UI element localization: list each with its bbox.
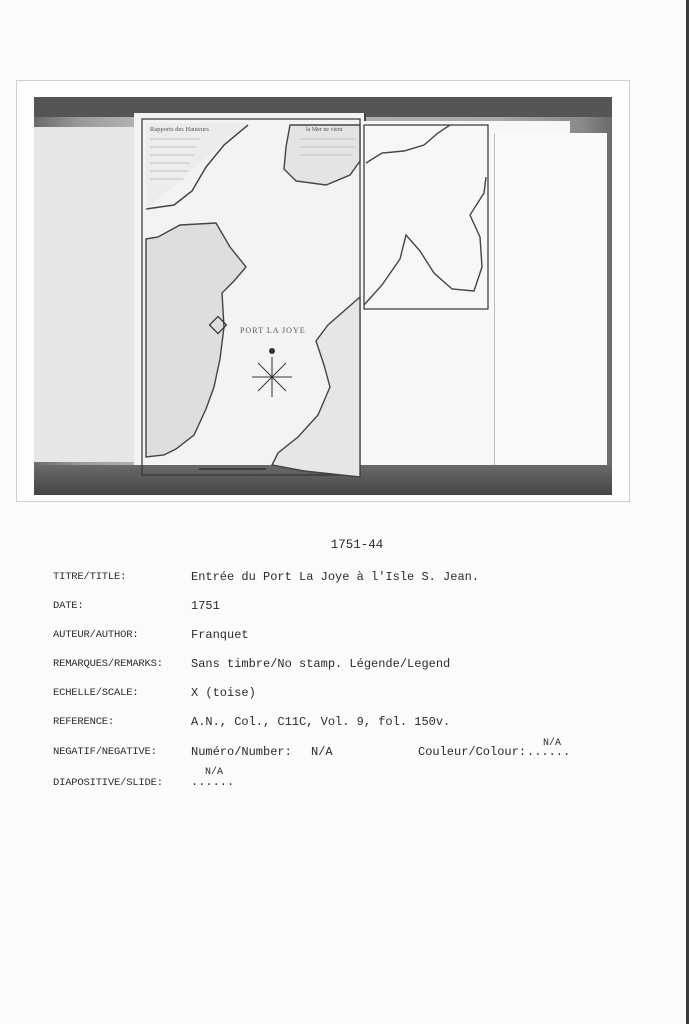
date-label: DATE: [53, 600, 84, 612]
negative-label: NEGATIF/NEGATIVE: [53, 746, 157, 758]
colour-label: Couleur/Colour: [418, 745, 526, 759]
map-drawing: Rapports des Hauteurs la Mer ne vient PO… [34, 97, 612, 495]
negative-number-label: Numéro/Number: [191, 745, 292, 759]
remarks-label: REMARQUES/REMARKS: [53, 658, 163, 670]
scale-label: ECHELLE/SCALE: [53, 687, 138, 699]
colour-value: N/A [543, 738, 561, 749]
record-id: 1751-44 [0, 538, 689, 552]
slide-value: N/A [205, 767, 223, 778]
author-label: AUTEUR/AUTHOR: [53, 629, 138, 641]
remarks-value: Sans timbre/No stamp. Légende/Legend [191, 657, 450, 671]
author-value: Franquet [191, 628, 249, 642]
map-photograph: Rapports des Hauteurs la Mer ne vient PO… [34, 97, 612, 495]
title-label: TITRE/TITLE: [53, 571, 126, 583]
slide-label: DIAPOSITIVE/SLIDE: [53, 777, 163, 789]
svg-text:la Mer ne vient: la Mer ne vient [306, 127, 343, 133]
svg-text:PORT LA JOYE: PORT LA JOYE [240, 326, 306, 335]
reference-label: REFERENCE: [53, 716, 114, 728]
date-value: 1751 [191, 599, 220, 613]
title-value: Entrée du Port La Joye à l'Isle S. Jean. [191, 570, 479, 584]
reference-value: A.N., Col., C11C, Vol. 9, fol. 150v. [191, 715, 450, 729]
scale-value: X (toise) [191, 686, 256, 700]
negative-number-value: N/A [311, 745, 333, 759]
svg-text:Rapports des Hauteurs: Rapports des Hauteurs [150, 126, 209, 133]
